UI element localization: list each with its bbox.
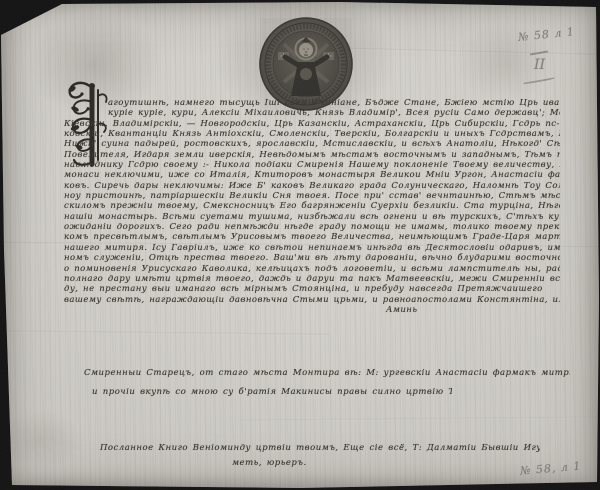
text-line: Кіевскіи, Владимірскіи, — Новгородскіи, … [64,119,560,129]
text-line: ковскіи, Квантанціи Князь Антіохскіи, См… [64,129,560,139]
text-line: Нижн' суина падырей, ростовскихъ, яросла… [64,139,560,149]
text-line: агоутишнѣ, намнего тысущь Іші сака в'чин… [64,98,560,108]
archival-note-line: меть, юрьеръ. [232,458,352,468]
archival-note-line: Посланное Книго Веніоминду цртвіи твоимъ… [100,443,540,453]
text-line: наслѣднику Гсдрю своему :- Никола подіак… [64,160,560,170]
text-line: монаси неключими, иже со Италія, Ктиторо… [64,170,560,180]
pencil-folio-number-top: № 58 л 1 [517,25,575,44]
text-line: вашему свѣтѣ, награждающіи давновѣчна Ст… [64,295,560,305]
crease-line [240,416,600,421]
main-text-block: агоутишнѣ, намнего тысущь Іші сака в'чин… [64,98,560,315]
text-line: скиломъ прежніи твоему, Смексносницъ Его… [64,201,560,211]
paper-sheet: агоутишнѣ, намнего тысущь Іші сака в'чин… [0,0,600,490]
text-line: ожиданіи дорогихъ. Сего ради непмѣжди нѣ… [64,222,560,232]
text-line: ковъ. Сиречь дары неключимы: Иже Б' како… [64,181,560,191]
text-line: комъ пресвѣтлымъ, свѣтлымъ Урисовымъ тво… [64,232,560,242]
crease-line [0,330,330,335]
subscription-line: Смиренныи Старецъ, от стаго мѣста Монтир… [84,368,570,378]
text-line: номъ служеніи, Отцѣ прества твоего. Ваш'… [64,253,560,263]
pencil-underline [523,77,555,85]
text-line: нашіи монастырь. Всѣми суетами тушима, н… [64,212,560,222]
charter-photo: агоутишнѣ, намнего тысущь Іші сака в'чин… [0,0,600,490]
text-line: о поминовенія Урисускаго Каволика, келѣи… [64,264,560,274]
text-line: куріе куріе, кури, Алексіи Міхаиловичь, … [64,108,560,118]
text-line: нашего митиря. Ісу Гавріилъ, иже ко свѣт… [64,243,560,253]
subscription-line: и прочіи вкупѣ со мною су б'ратія Макини… [92,387,452,397]
text-line: ноу пристоинѣ, патріаршескіи Великіи Сня… [64,191,560,201]
text-line: полнаго дару имѣти цртвія твоего, даждь … [64,274,560,284]
text-line: ду, не престану выи иманаго всѣ мірнымъ … [64,284,560,294]
text-line-amen: Аминь [64,305,560,315]
text-line: Повелителя, Игдаря земли иверскія, Невѣд… [64,150,560,160]
pencil-folio-number-bottom: № 58, л 1 [520,459,582,477]
pencil-mark-ii: II [534,57,545,73]
